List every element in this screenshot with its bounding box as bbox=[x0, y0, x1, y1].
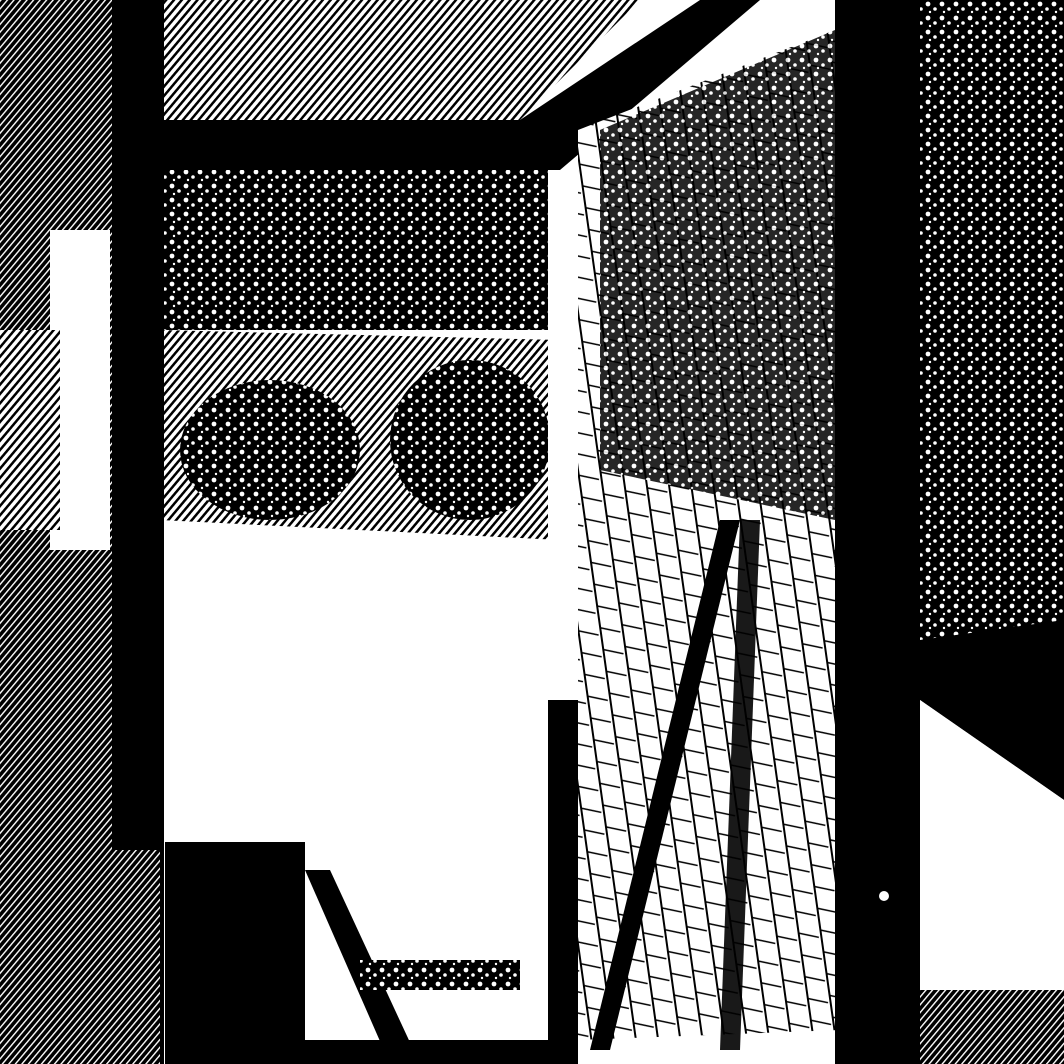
bush bbox=[390, 360, 550, 520]
porch-column bbox=[548, 170, 578, 710]
background-shrubs bbox=[160, 170, 560, 330]
column-base bbox=[548, 700, 578, 1064]
photo-scene bbox=[0, 0, 1064, 1064]
photo-illustration bbox=[0, 0, 1064, 1064]
left-wall-texture bbox=[0, 330, 60, 530]
right-post bbox=[835, 0, 920, 1064]
right-foliage bbox=[920, 0, 1064, 640]
porch-floor-left bbox=[0, 850, 160, 1064]
porch-edge bbox=[300, 1040, 550, 1064]
right-floor bbox=[920, 990, 1064, 1064]
round-shrub bbox=[180, 380, 360, 520]
post-bolt bbox=[879, 891, 889, 901]
ground-debris bbox=[360, 960, 520, 990]
roof-beam bbox=[160, 120, 520, 170]
foreground-chair bbox=[165, 842, 305, 1064]
